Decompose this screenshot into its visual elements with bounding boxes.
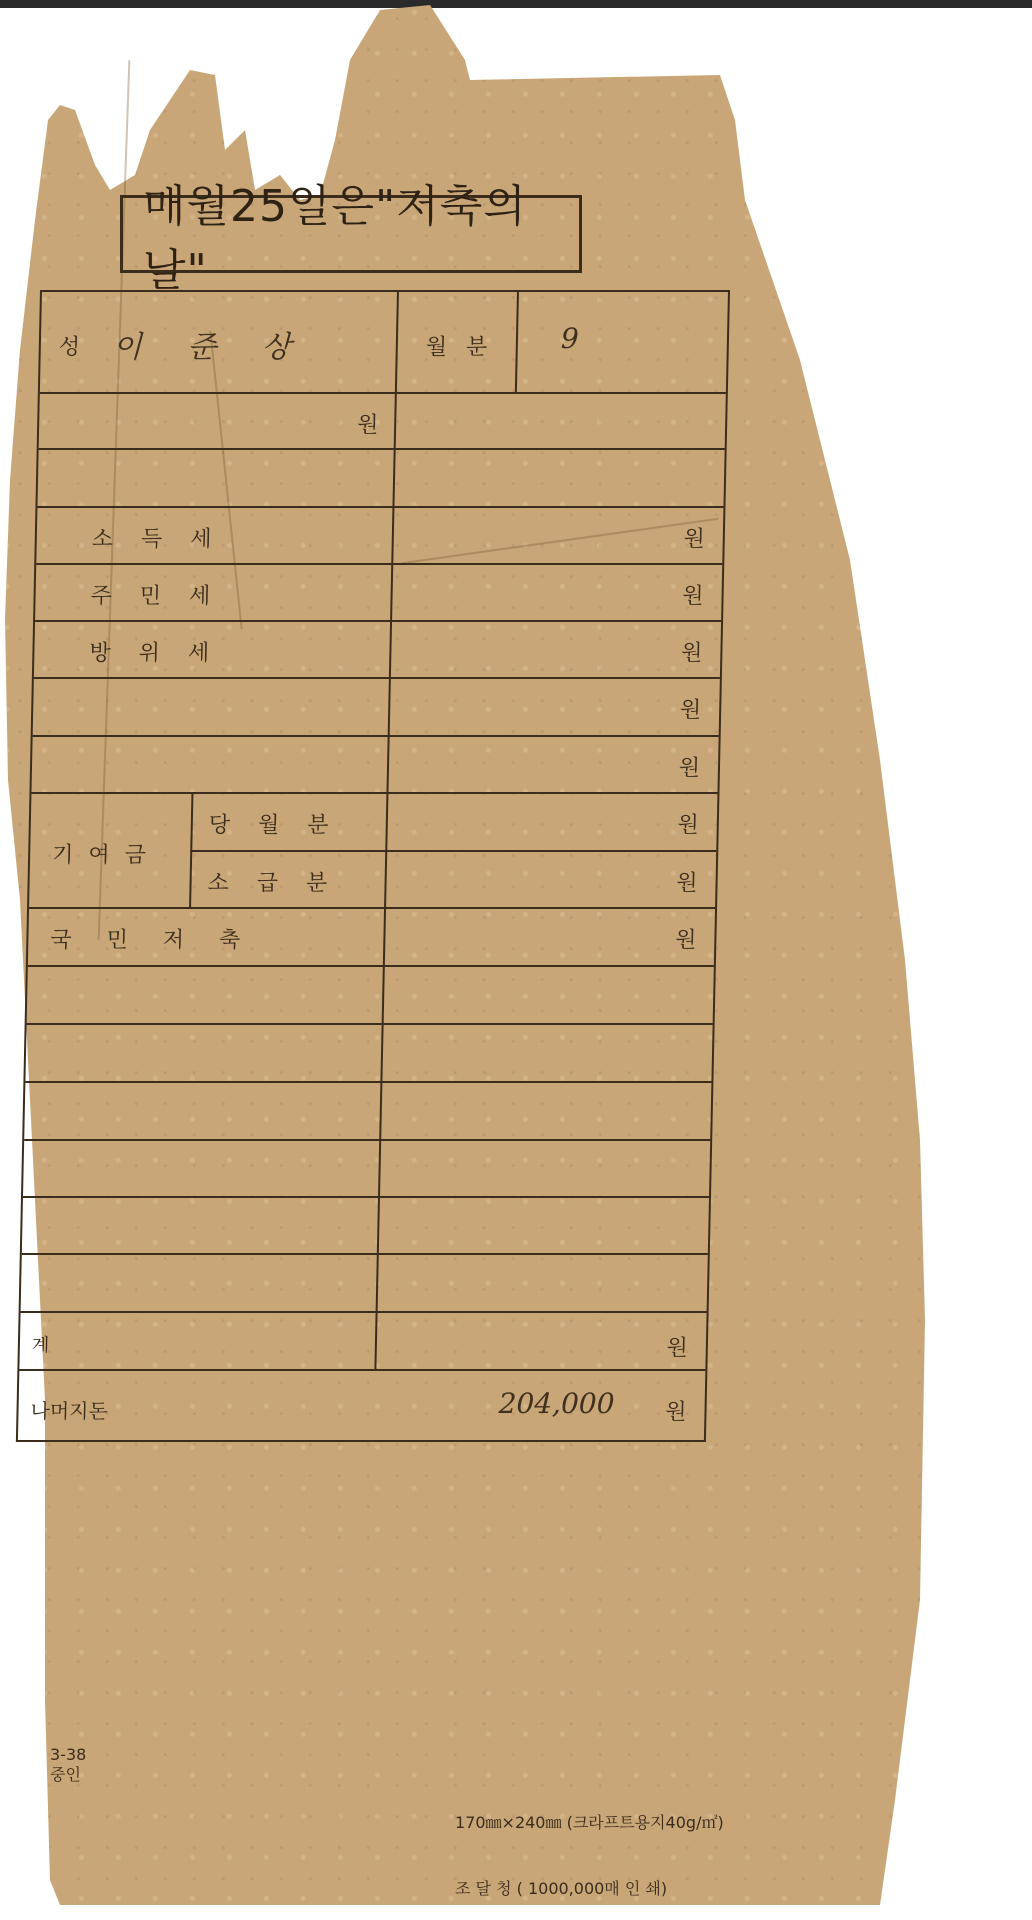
column-divider (391, 508, 394, 563)
unit-won: 원 (665, 1395, 687, 1426)
column-divider (515, 292, 519, 392)
form-code: 3-38 중인 (50, 1745, 86, 1785)
title-text: 매월25일은"저축의 날" (143, 170, 579, 298)
unit-won: 원 (677, 808, 699, 839)
pay-row: 원 (39, 392, 726, 448)
remainder-label: 나머지돈 (30, 1395, 108, 1424)
unit-won: 원 (357, 408, 379, 439)
blank-row: 원 (33, 677, 720, 735)
name-label: 성 (59, 330, 81, 361)
blank-row (22, 1196, 709, 1253)
print-spec-line1: 170㎜×240㎜ (크라프트용지40g/㎡) (455, 1812, 724, 1834)
total-label: 계 (32, 1331, 50, 1357)
blank-row (27, 965, 714, 1023)
column-divider (395, 292, 399, 392)
column-divider (376, 1255, 379, 1311)
column-divider (383, 909, 386, 965)
contribution-group: 기 여 금 당 월 분 원 소 급 분 원 (29, 792, 717, 907)
sub-row-divider (190, 850, 716, 852)
unit-won: 원 (680, 693, 702, 724)
unit-won: 원 (682, 579, 704, 610)
resident-tax-label: 주 민 세 (90, 579, 210, 610)
unit-won: 원 (666, 1331, 688, 1362)
column-divider (388, 679, 391, 735)
column-divider (374, 1313, 377, 1369)
blank-row (24, 1081, 711, 1139)
column-divider (394, 394, 397, 448)
payslip-table: 성 이 준 상 월 분 9 원 소 득 세 원 주 민 세 원 방 위 세 원 … (16, 290, 730, 1442)
column-divider (379, 1083, 382, 1139)
retroactive-label: 소 급 분 (207, 866, 327, 897)
month-label: 월 분 (426, 330, 494, 361)
column-divider (392, 450, 395, 506)
defense-tax-row: 방 위 세 원 (34, 620, 721, 677)
name-value: 이 준 상 (112, 322, 309, 366)
column-divider (389, 622, 392, 677)
form-code-number: 3-38 (50, 1745, 86, 1765)
name-row: 성 이 준 상 월 분 9 (40, 292, 728, 392)
blank-row (21, 1253, 708, 1311)
resident-tax-row: 주 민 세 원 (35, 563, 722, 620)
blank-row: 원 (31, 735, 718, 792)
unit-won: 원 (676, 866, 698, 897)
contribution-label: 기 여 금 (52, 838, 150, 869)
scan-top-edge (0, 0, 1032, 8)
print-spec-line2: 조 달 청 ( 1000,000매 인 쇄) (455, 1878, 724, 1900)
blank-row (23, 1139, 710, 1196)
month-value: 9 (561, 322, 580, 355)
national-savings-label: 국 민 저 축 (50, 923, 241, 954)
form-code-sub: 중인 (50, 1765, 86, 1785)
blank-row (25, 1023, 712, 1081)
national-savings-row: 국 민 저 축 원 (28, 907, 715, 965)
unit-won: 원 (681, 636, 703, 667)
column-divider (386, 737, 389, 792)
page-title: 매월25일은"저축의 날" (120, 195, 582, 273)
column-divider (382, 967, 385, 1023)
total-row: 계 원 (19, 1311, 706, 1369)
income-tax-row: 소 득 세 원 (36, 506, 723, 563)
column-divider (377, 1198, 380, 1253)
current-month-label: 당 월 분 (209, 808, 329, 839)
defense-tax-label: 방 위 세 (89, 636, 209, 667)
unit-won: 원 (678, 751, 700, 782)
income-tax-label: 소 득 세 (91, 522, 211, 553)
unit-won: 원 (675, 923, 697, 954)
column-divider (378, 1141, 381, 1196)
unit-won: 원 (683, 522, 705, 553)
column-divider (390, 565, 393, 620)
remainder-row: 나머지돈 204,000 원 (18, 1369, 706, 1442)
pay-row (37, 448, 724, 506)
remainder-value: 204,000 (498, 1387, 614, 1420)
column-divider (380, 1025, 383, 1081)
print-spec: 170㎜×240㎜ (크라프트용지40g/㎡) 조 달 청 ( 1000,000… (455, 1768, 724, 1920)
